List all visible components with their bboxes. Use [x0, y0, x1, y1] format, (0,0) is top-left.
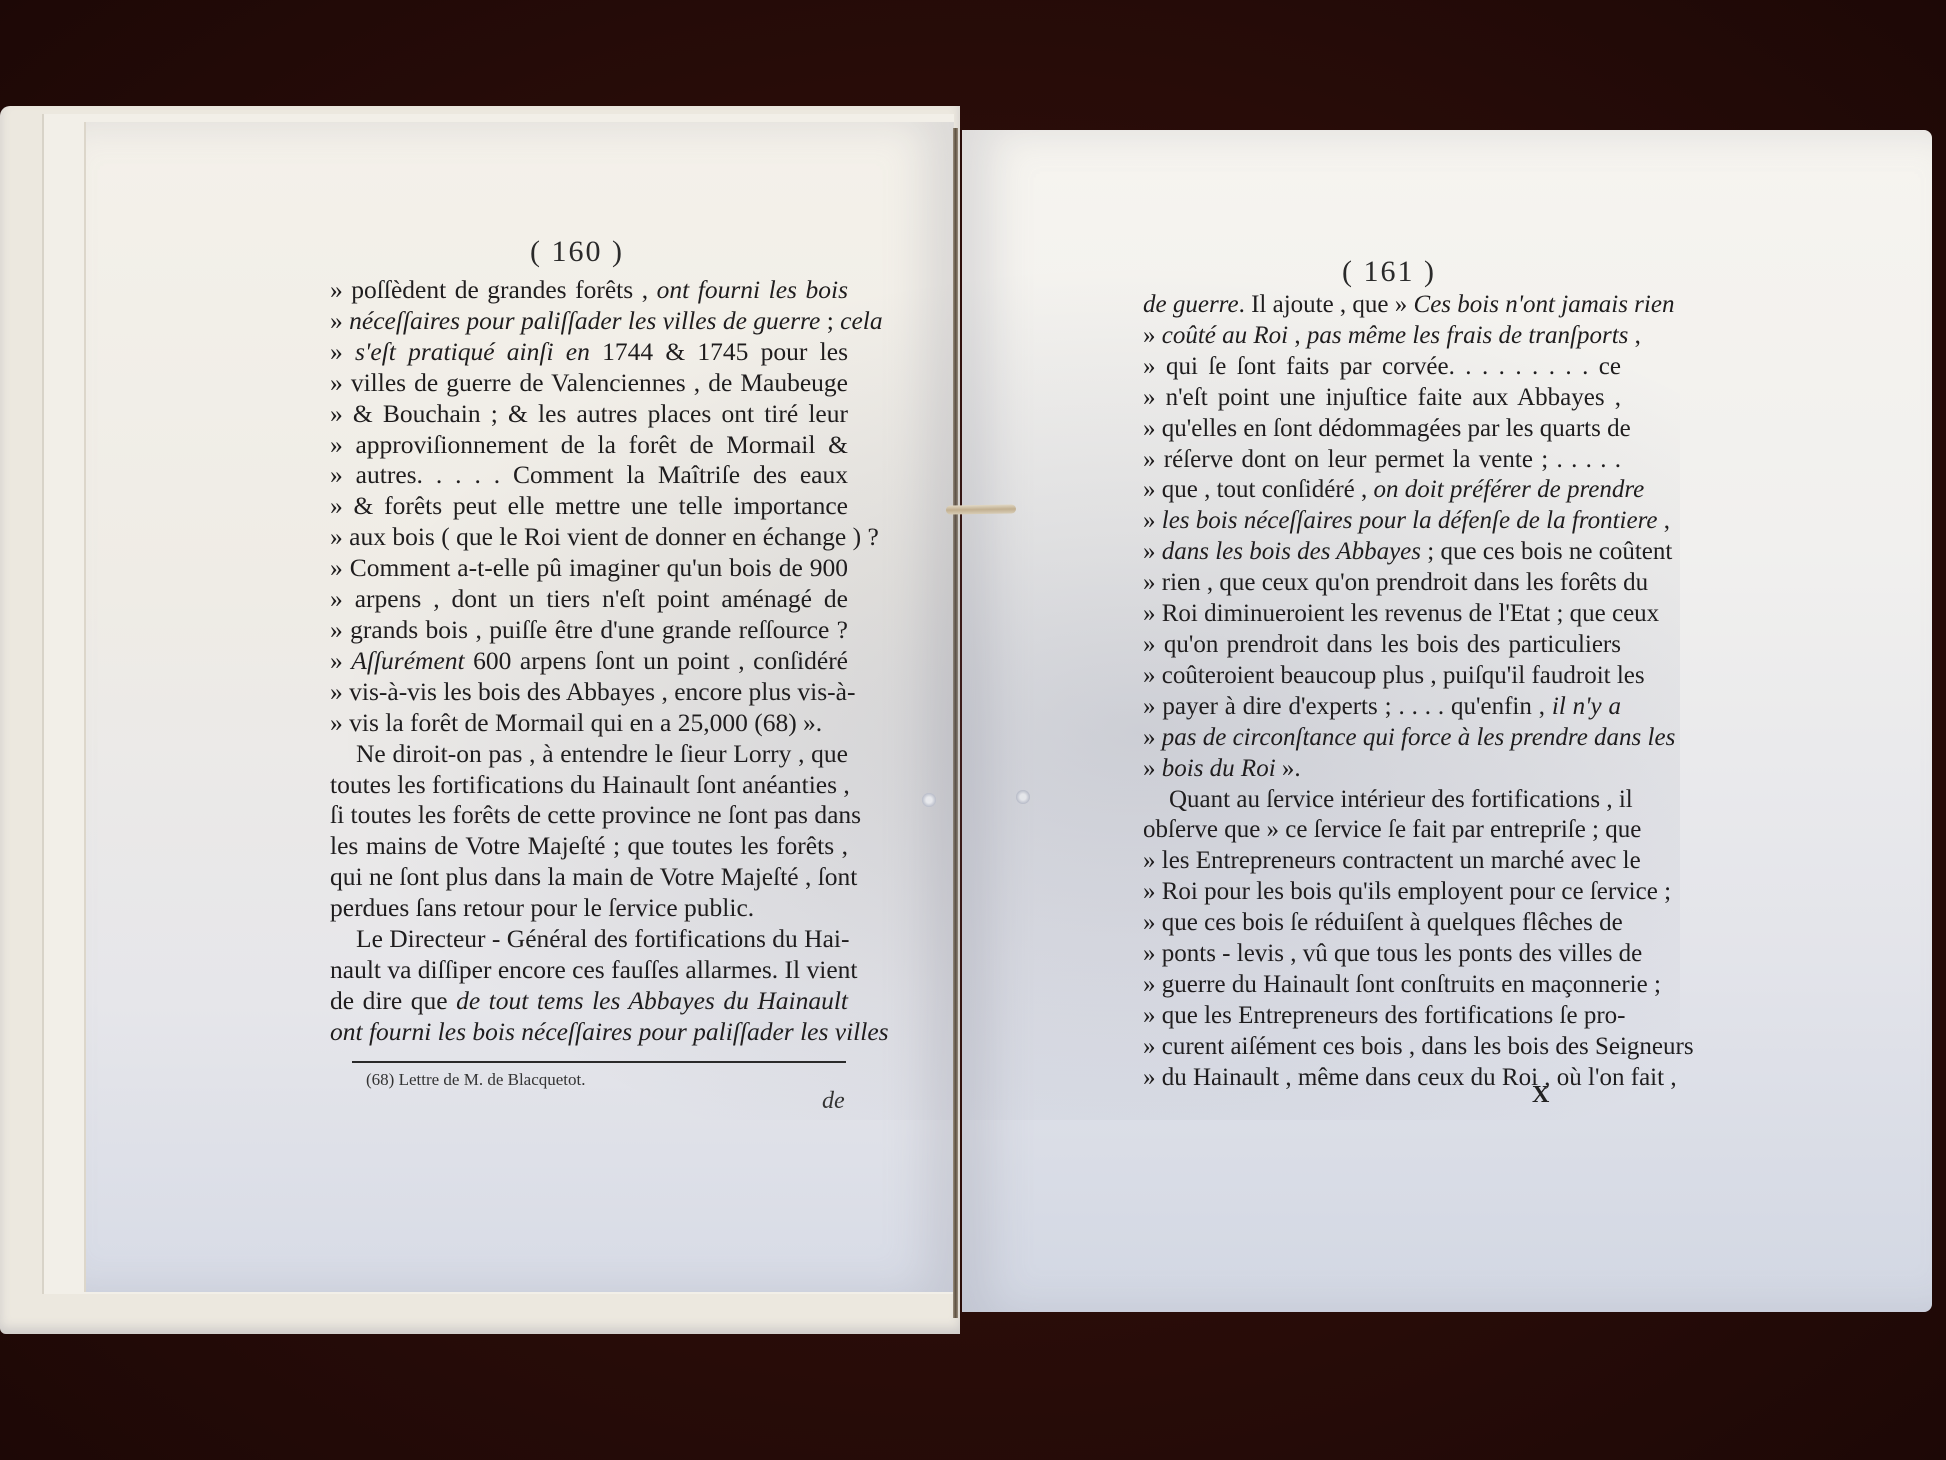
text-line: » qu'on prendroit dans les bois des part… — [1143, 630, 1621, 661]
text-line: perdues ſans retour pour le ſervice publ… — [330, 893, 848, 924]
text-line: » n'eſt point une injuſtice faite aux Ab… — [1143, 383, 1621, 414]
text-line: » les bois néceſſaires pour la défenſe d… — [1143, 506, 1621, 537]
left-page-text: » poſſèdent de grandes forêts , ont four… — [330, 275, 848, 1048]
text-line: » Aſſurément 600 arpens ſont un point , … — [330, 646, 848, 677]
right-page-text: de guerre. Il ajoute , que » Ces bois n'… — [1143, 290, 1621, 1094]
text-line: » arpens , dont un tiers n'eſt point amé… — [330, 584, 848, 615]
text-line: obſerve que » ce ſervice ſe fait par ent… — [1143, 815, 1621, 846]
text-line: nault va diſſiper encore ces fauſſes all… — [330, 955, 848, 986]
text-line: » que les Entrepreneurs des fortificatio… — [1143, 1001, 1621, 1032]
text-line: qui ne ſont plus dans la main de Votre M… — [330, 862, 848, 893]
text-line: » vis-à-vis les bois des Abbayes , encor… — [330, 677, 848, 708]
text-line: » payer à dire d'experts ; . . . . qu'en… — [1143, 692, 1621, 723]
text-line: » autres. . . . . Comment la Maîtriſe de… — [330, 460, 848, 491]
catchword: de — [822, 1088, 845, 1115]
footnote: (68) Lettre de M. de Blacquetot. — [366, 1070, 586, 1090]
text-line: » que , tout conſidéré , on doit préfére… — [1143, 475, 1621, 506]
text-line: » & forêts peut elle mettre une telle im… — [330, 491, 848, 522]
left-page-number: ( 160 ) — [530, 235, 624, 269]
book-gutter — [953, 128, 958, 1318]
text-line: » approviſionnement de la forêt de Morma… — [330, 430, 848, 461]
text-line: » aux bois ( que le Roi vient de donner … — [330, 522, 848, 553]
text-line: » rien , que ceux qu'on prendroit dans l… — [1143, 568, 1621, 599]
text-line: » qui ſe ſont faits par corvée. . . . . … — [1143, 352, 1621, 383]
text-line: » coûté au Roi , pas même les frais de t… — [1143, 321, 1621, 352]
text-line: » s'eſt pratiqué ainſi en 1744 & 1745 po… — [330, 337, 848, 368]
text-line: » ponts - levis , vû que tous les ponts … — [1143, 939, 1621, 970]
text-line: Ne diroit-on pas , à entendre le ſieur L… — [330, 739, 848, 770]
sewing-hole-right — [1016, 790, 1030, 804]
text-line: » dans les bois des Abbayes ; que ces bo… — [1143, 537, 1621, 568]
text-line: ſi toutes les forêts de cette province n… — [330, 800, 848, 831]
sewing-hole-left — [922, 793, 936, 807]
text-line: » les Entrepreneurs contractent un march… — [1143, 846, 1621, 877]
text-line: » guerre du Hainault ſont conſtruits en … — [1143, 970, 1621, 1001]
right-page-number: ( 161 ) — [1342, 255, 1436, 289]
text-line: » coûteroient beaucoup plus , puiſqu'il … — [1143, 661, 1621, 692]
text-line: ont fourni les bois néceſſaires pour pal… — [330, 1017, 848, 1048]
text-line: » vis la forêt de Mormail qui en a 25,00… — [330, 708, 848, 739]
text-line: les mains de Votre Majeſté ; que toutes … — [330, 831, 848, 862]
text-line: toutes les fortifications du Hainault ſo… — [330, 770, 848, 801]
text-line: » bois du Roi ». — [1143, 754, 1621, 785]
book-photo: ( 160 ) » poſſèdent de grandes forêts , … — [0, 0, 1946, 1460]
text-line: de dire que de tout tems les Abbayes du … — [330, 986, 848, 1017]
text-line: » grands bois , puiſſe être d'une grande… — [330, 615, 848, 646]
text-line: » Comment a-t-elle pû imaginer qu'un boi… — [330, 553, 848, 584]
text-line: » poſſèdent de grandes forêts , ont four… — [330, 275, 848, 306]
text-line: » villes de guerre de Valenciennes , de … — [330, 368, 848, 399]
binding-thread — [946, 504, 1016, 514]
text-line: de guerre. Il ajoute , que » Ces bois n'… — [1143, 290, 1621, 321]
text-line: » & Bouchain ; & les autres places ont t… — [330, 399, 848, 430]
text-line: » curent aiſément ces bois , dans les bo… — [1143, 1032, 1621, 1063]
text-line: » qu'elles en ſont dédommagées par les q… — [1143, 414, 1621, 445]
signature-mark: X — [1532, 1082, 1549, 1109]
text-line: Quant au ſervice intérieur des fortifica… — [1143, 785, 1621, 816]
text-line: » néceſſaires pour paliſſader les villes… — [330, 306, 848, 337]
text-line: » réſerve dont on leur permet la vente ;… — [1143, 445, 1621, 476]
text-line: » Roi diminueroient les revenus de l'Eta… — [1143, 599, 1621, 630]
footnote-rule — [352, 1061, 846, 1063]
text-line: » pas de circonſtance qui force à les pr… — [1143, 723, 1621, 754]
text-line: » que ces bois ſe réduiſent à quelques f… — [1143, 908, 1621, 939]
text-line: » Roi pour les bois qu'ils employent pou… — [1143, 877, 1621, 908]
text-line: Le Directeur - Général des fortification… — [330, 924, 848, 955]
